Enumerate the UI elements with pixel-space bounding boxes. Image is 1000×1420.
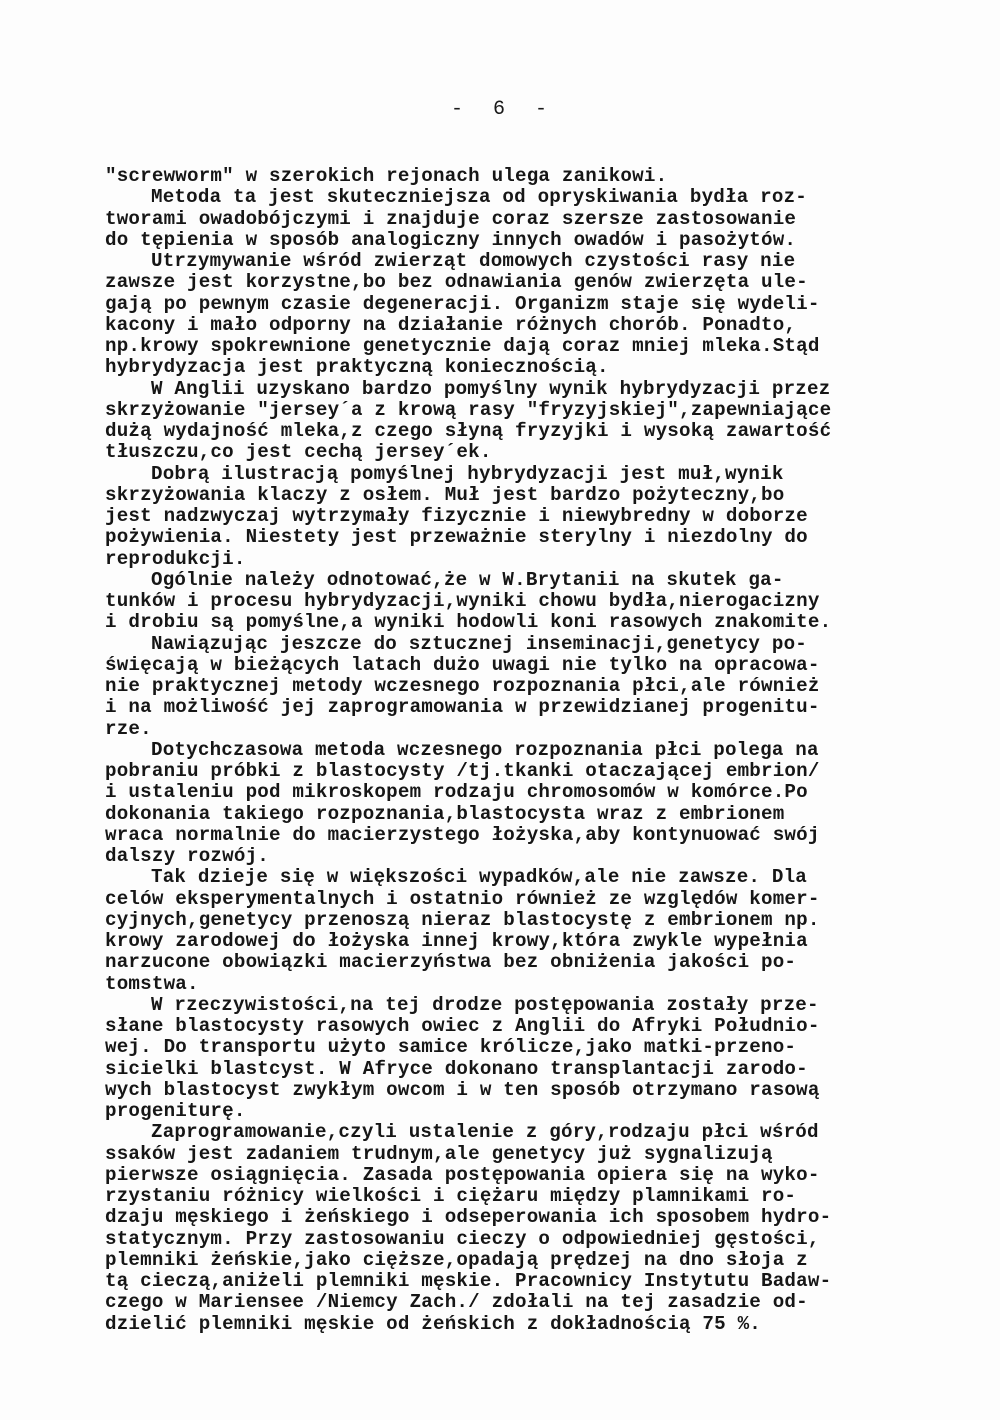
text-line: pierwsze osiągnięcia. Zasada postępowani… <box>105 1165 925 1186</box>
text-line: pobraniu próbki z blastocysty /tj.tkanki… <box>105 761 925 782</box>
text-line: dzaju męskiego i żeńskiego i odseperowan… <box>105 1207 925 1228</box>
text-line: Nawiązując jeszcze do sztucznej insemina… <box>105 634 925 655</box>
text-line: gają po pewnym czasie degeneracji. Organ… <box>105 294 925 315</box>
text-line: kacony i mało odporny na działanie różny… <box>105 315 925 336</box>
text-line: skrzyżowanie "jersey´a z krową rasy "fry… <box>105 400 925 421</box>
text-line: tworami owadobójczymi i znajduje coraz s… <box>105 209 925 230</box>
text-line: narzucone obowiązki macierzyństwa bez ob… <box>105 952 925 973</box>
text-line: tomstwa. <box>105 974 925 995</box>
text-line: ssaków jest zadaniem trudnym,ale genetyc… <box>105 1144 925 1165</box>
text-line: krowy zarodowej do łożyska innej krowy,k… <box>105 931 925 952</box>
text-line: "screwworm" w szerokich rejonach ulega z… <box>105 166 925 187</box>
text-line: jest nadzwyczaj wytrzymały fizycznie i n… <box>105 506 925 527</box>
text-line: Dotychczasowa metoda wczesnego rozpoznan… <box>105 740 925 761</box>
text-line: nie praktycznej metody wczesnego rozpozn… <box>105 676 925 697</box>
text-line: sicielki blastcyst. W Afryce dokonano tr… <box>105 1059 925 1080</box>
text-line: celów eksperymentalnych i ostatnio równi… <box>105 889 925 910</box>
text-line: skrzyżowania klaczy z osłem. Muł jest ba… <box>105 485 925 506</box>
text-line: wraca normalnie do macierzystego łożyska… <box>105 825 925 846</box>
text-line: i drobiu są pomyślne,a wyniki hodowli ko… <box>105 612 925 633</box>
text-line: cyjnych,genetycy przenoszą nieraz blasto… <box>105 910 925 931</box>
text-line: czego w Mariensee /Niemcy Zach./ zdołali… <box>105 1292 925 1313</box>
text-line: dzielić plemniki męskie od żeńskich z do… <box>105 1314 925 1335</box>
text-line: statycznym. Przy zastosowaniu cieczy o o… <box>105 1229 925 1250</box>
text-line: zawsze jest korzystne,bo bez odnawiania … <box>105 272 925 293</box>
text-line: Dobrą ilustracją pomyślnej hybrydyzacji … <box>105 464 925 485</box>
text-line: Metoda ta jest skuteczniejsza od opryski… <box>105 187 925 208</box>
text-line: np.krowy spokrewnione genetycznie dają c… <box>105 336 925 357</box>
text-line: tunków i procesu hybrydyzacji,wyniki cho… <box>105 591 925 612</box>
text-line: dokonania takiego rozpoznania,blastocyst… <box>105 804 925 825</box>
text-line: wych blastocyst zwykłym owcom i w ten sp… <box>105 1080 925 1101</box>
text-line: Ogólnie należy odnotować,że w W.Brytanii… <box>105 570 925 591</box>
page-number: - 6 - <box>0 98 1000 121</box>
text-line: święcają w bieżących latach dużo uwagi n… <box>105 655 925 676</box>
text-line: W rzeczywistości,na tej drodze postępowa… <box>105 995 925 1016</box>
text-line: i ustaleniu pod mikroskopem rodzaju chro… <box>105 782 925 803</box>
text-line: dalszy rozwój. <box>105 846 925 867</box>
text-line: rzystaniu różnicy wielkości i ciężaru mi… <box>105 1186 925 1207</box>
text-line: dużą wydajność mleka,z czego słyną fryzy… <box>105 421 925 442</box>
text-line: reprodukcji. <box>105 549 925 570</box>
text-line: Tak dzieje się w większości wypadków,ale… <box>105 867 925 888</box>
text-line: pożywienia. Niestety jest przeważnie ste… <box>105 527 925 548</box>
text-line: Zaprogramowanie,czyli ustalenie z góry,r… <box>105 1122 925 1143</box>
text-line: do tępienia w sposób analogiczny innych … <box>105 230 925 251</box>
text-line: tłuszczu,co jest cechą jersey´ek. <box>105 442 925 463</box>
body-text: "screwworm" w szerokich rejonach ulega z… <box>105 166 925 1335</box>
text-line: tą cieczą,aniżeli plemniki męskie. Praco… <box>105 1271 925 1292</box>
text-line: słane blastocysty rasowych owiec z Angli… <box>105 1016 925 1037</box>
text-line: W Anglii uzyskano bardzo pomyślny wynik … <box>105 379 925 400</box>
text-line: plemniki żeńskie,jako cięższe,opadają pr… <box>105 1250 925 1271</box>
text-line: wej. Do transportu użyto samice królicze… <box>105 1037 925 1058</box>
text-line: hybrydyzacja jest praktyczną koniecznośc… <box>105 357 925 378</box>
text-line: rze. <box>105 719 925 740</box>
text-line: Utrzymywanie wśród zwierząt domowych czy… <box>105 251 925 272</box>
text-line: progeniturę. <box>105 1101 925 1122</box>
text-line: i na możliwość jej zaprogramowania w prz… <box>105 697 925 718</box>
document-page: - 6 - "screwworm" w szerokich rejonach u… <box>0 0 1000 1420</box>
